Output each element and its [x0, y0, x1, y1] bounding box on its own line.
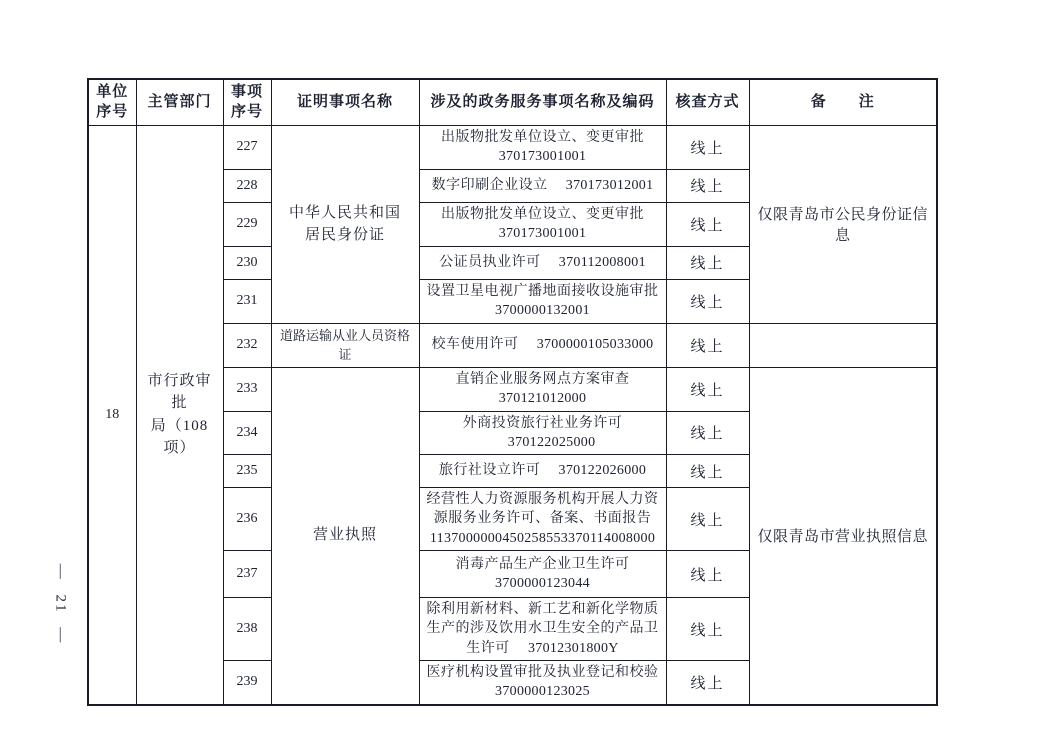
service-code: 370173001001 — [424, 147, 662, 166]
item-no-cell: 234 — [223, 411, 271, 455]
method-cell: 线上 — [666, 323, 749, 367]
service-name: 外商投资旅行社业务许可 — [463, 416, 623, 431]
item-no-cell: 233 — [223, 367, 271, 411]
col-header-unit-no: 单位 序号 — [88, 79, 136, 125]
service-cell: 数字印刷企业设立370173012001 — [419, 169, 666, 202]
item-no-cell: 232 — [223, 323, 271, 367]
method-cell: 线上 — [666, 125, 749, 169]
service-code: 3700000123025 — [424, 682, 662, 701]
service-cell: 出版物批发单位设立、变更审批370173001001 — [419, 125, 666, 169]
method-cell: 线上 — [666, 661, 749, 705]
service-name: 数字印刷企业设立 — [432, 178, 548, 193]
department-cell: 市行政审批 局（108 项） — [136, 125, 223, 705]
service-name: 医疗机构设置审批及执业登记和校验 — [427, 665, 659, 680]
service-name: 直销企业服务网点方案审查 — [456, 372, 630, 387]
remark-cell: 仅限青岛市公民身份证信息 — [749, 125, 937, 323]
service-code: 370122026000 — [559, 463, 647, 478]
method-cell: 线上 — [666, 598, 749, 661]
method-cell: 线上 — [666, 411, 749, 455]
col-header-method: 核查方式 — [666, 79, 749, 125]
col-header-remark: 备 注 — [749, 79, 937, 125]
method-cell: 线上 — [666, 455, 749, 488]
col-header-item-no: 事项 序号 — [223, 79, 271, 125]
service-cell: 校车使用许可3700000105033000 — [419, 323, 666, 367]
service-cell: 出版物批发单位设立、变更审批370173001001 — [419, 202, 666, 246]
page-number: — 21 — — [52, 564, 69, 645]
service-code: 3700000105033000 — [537, 337, 654, 352]
service-code: 370173001001 — [424, 224, 662, 243]
col-header-cert-name: 证明事项名称 — [271, 79, 419, 125]
service-code: 370173012001 — [566, 178, 654, 193]
service-code: 37012301800Y — [528, 641, 619, 656]
header-row: 单位 序号 主管部门 事项 序号 证明事项名称 涉及的政务服务事项名称及编码 核… — [88, 79, 937, 125]
cert-name-cell: 中华人民共和国 居民身份证 — [271, 125, 419, 323]
remark-cell: 仅限青岛市营业执照信息 — [749, 367, 937, 705]
cert-name-cell: 营业执照 — [271, 367, 419, 705]
service-name: 出版物批发单位设立、变更审批 — [441, 130, 644, 145]
item-no-cell: 231 — [223, 279, 271, 323]
service-name: 校车使用许可 — [432, 337, 519, 352]
item-no-cell: 236 — [223, 488, 271, 551]
approval-items-table: 单位 序号 主管部门 事项 序号 证明事项名称 涉及的政务服务事项名称及编码 核… — [87, 78, 938, 706]
service-code: 370112008001 — [559, 255, 646, 270]
method-cell: 线上 — [666, 279, 749, 323]
method-cell: 线上 — [666, 367, 749, 411]
item-no-cell: 237 — [223, 551, 271, 598]
item-no-cell: 238 — [223, 598, 271, 661]
item-no-cell: 229 — [223, 202, 271, 246]
service-code: 3700000132001 — [424, 301, 662, 320]
item-no-cell: 239 — [223, 661, 271, 705]
item-no-cell: 228 — [223, 169, 271, 202]
cert-name-cell: 道路运输从业人员资格证 — [271, 323, 419, 367]
service-cell: 设置卫星电视广播地面接收设施审批3700000132001 — [419, 279, 666, 323]
service-code: 1137000000450258553370114008000 — [424, 529, 662, 548]
method-cell: 线上 — [666, 246, 749, 279]
service-code: 370121012000 — [424, 389, 662, 408]
col-header-department: 主管部门 — [136, 79, 223, 125]
service-cell: 直销企业服务网点方案审查370121012000 — [419, 367, 666, 411]
table-row: 18 市行政审批 局（108 项） 227 中华人民共和国 居民身份证 出版物批… — [88, 125, 937, 169]
service-cell: 旅行社设立许可370122026000 — [419, 455, 666, 488]
method-cell: 线上 — [666, 169, 749, 202]
service-cell: 消毒产品生产企业卫生许可3700000123044 — [419, 551, 666, 598]
method-cell: 线上 — [666, 488, 749, 551]
service-code: 3700000123044 — [424, 574, 662, 593]
service-name: 经营性人力资源服务机构开展人力资源服务业务许可、备案、书面报告 — [427, 492, 659, 526]
col-header-service: 涉及的政务服务事项名称及编码 — [419, 79, 666, 125]
service-name: 设置卫星电视广播地面接收设施审批 — [427, 284, 659, 299]
service-code: 370122025000 — [508, 435, 596, 450]
service-cell: 经营性人力资源服务机构开展人力资源服务业务许可、备案、书面报告113700000… — [419, 488, 666, 551]
remark-cell-empty — [749, 323, 937, 367]
service-name: 旅行社设立许可 — [439, 463, 541, 478]
item-no-cell: 230 — [223, 246, 271, 279]
service-cell: 公证员执业许可370112008001 — [419, 246, 666, 279]
service-cell: 除利用新材料、新工艺和新化学物质生产的涉及饮用水卫生安全的产品卫生许可37012… — [419, 598, 666, 661]
item-no-cell: 235 — [223, 455, 271, 488]
service-cell: 外商投资旅行社业务许可370122025000 — [419, 411, 666, 455]
service-name: 消毒产品生产企业卫生许可 — [456, 557, 630, 572]
service-name: 出版物批发单位设立、变更审批 — [441, 207, 644, 222]
service-cell: 医疗机构设置审批及执业登记和校验3700000123025 — [419, 661, 666, 705]
method-cell: 线上 — [666, 202, 749, 246]
unit-serial-cell: 18 — [88, 125, 136, 705]
service-name: 公证员执业许可 — [439, 255, 541, 270]
item-no-cell: 227 — [223, 125, 271, 169]
method-cell: 线上 — [666, 551, 749, 598]
